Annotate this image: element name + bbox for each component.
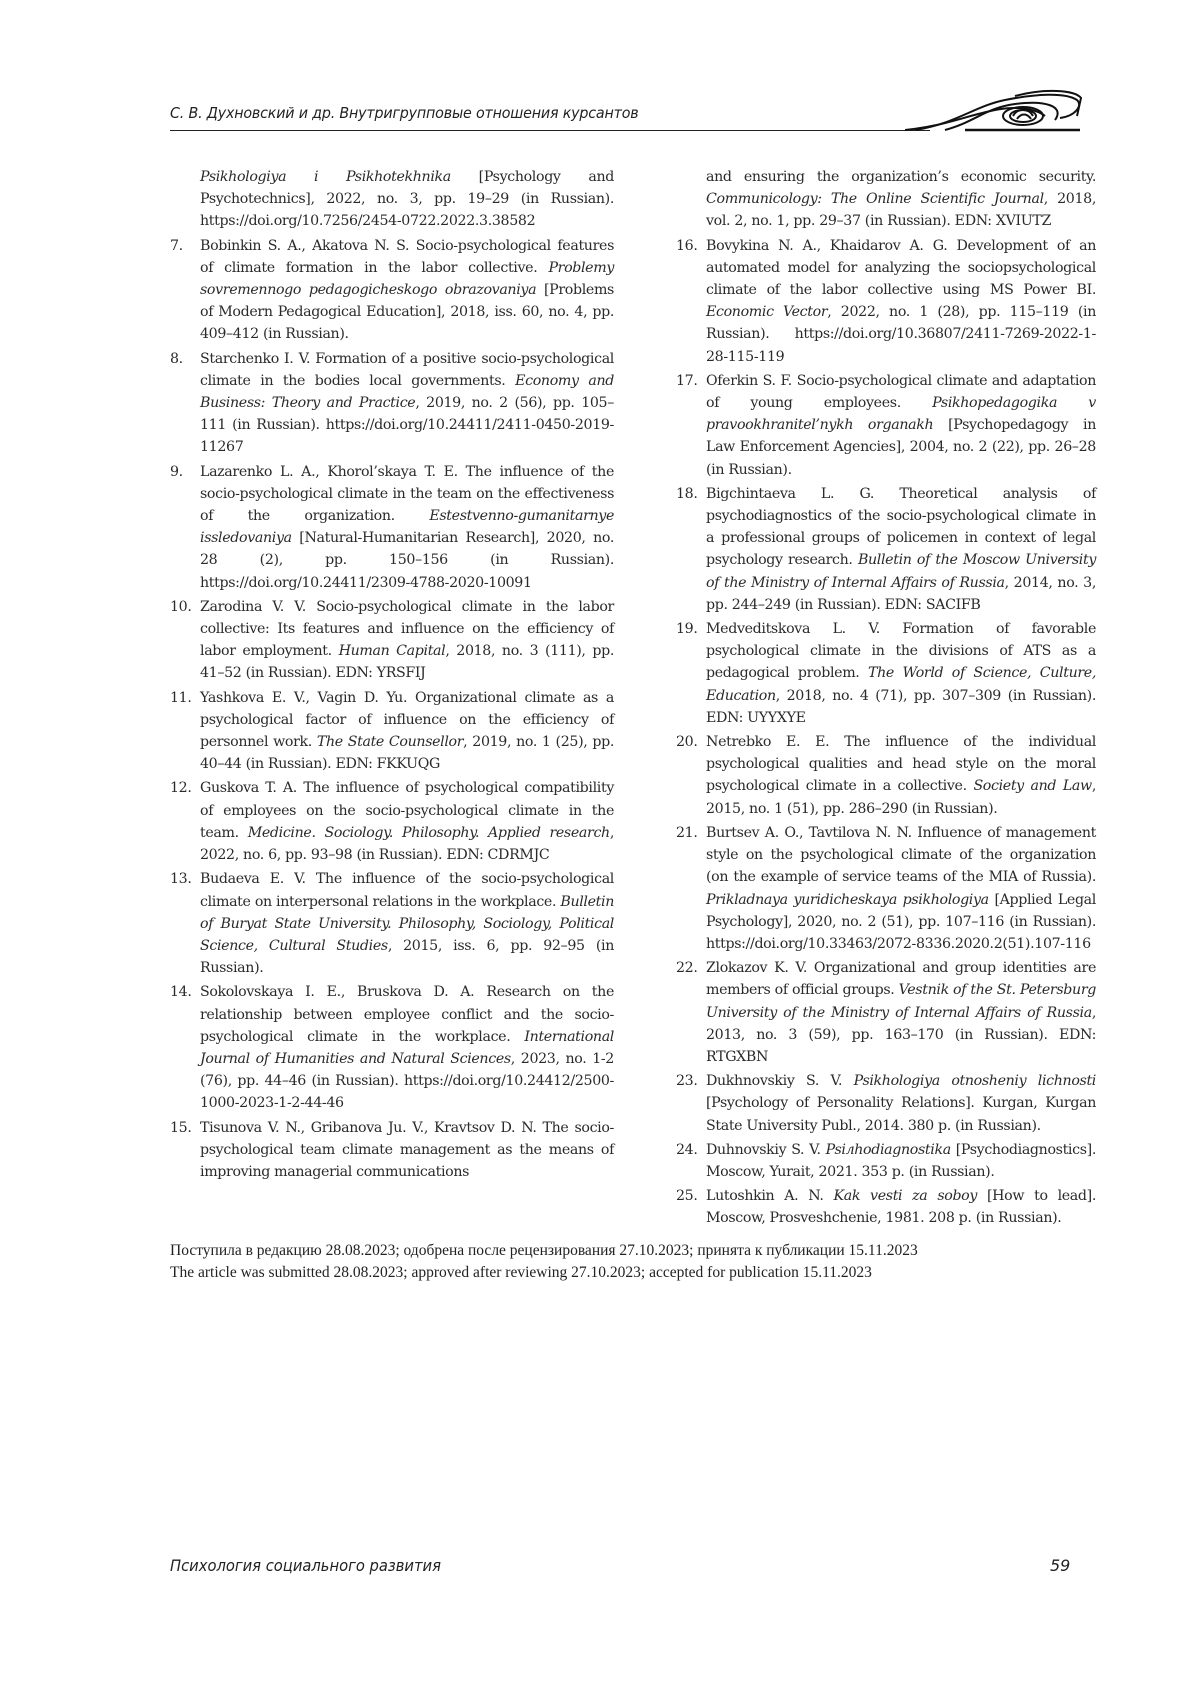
reference-number: 23.	[676, 1070, 698, 1092]
reference-text: Dukhnovskiy S. V.	[706, 1073, 854, 1089]
reference-number: 9.	[170, 461, 183, 483]
reference-text: Burtsev A. O., Tavtilova N. N. Influence…	[706, 825, 1096, 885]
reference-number: 15.	[170, 1117, 192, 1139]
reference-item: 16.Bovykina N. A., Khaidarov A. G. Devel…	[676, 235, 1096, 368]
reference-item: 21.Burtsev A. O., Tavtilova N. N. Influe…	[676, 822, 1096, 955]
reference-item: and ensuring the organization’s economic…	[676, 166, 1096, 233]
reference-item: 14.Sokolovskaya I. E., Bruskova D. A. Re…	[170, 981, 614, 1114]
reference-item: 20.Netrebko E. E. The influence of the i…	[676, 731, 1096, 820]
reference-source-title: Kak vesti za soboy	[834, 1188, 978, 1204]
reference-item: 12.Guskova T. A. The influence of psycho…	[170, 777, 614, 866]
reference-number: 25.	[676, 1185, 698, 1207]
reference-source-title: Communicology: The Online Scientific Jou…	[706, 191, 1044, 207]
submission-dates: Поступила в редакцию 28.08.2023; одобрен…	[170, 1240, 918, 1284]
reference-item: 8.Starchenko I. V. Formation of a positi…	[170, 348, 614, 459]
reference-source-title: The State Counsellor	[317, 734, 463, 750]
reference-item: Psikhologiya i Psikhotekhnika [Psycholog…	[170, 166, 614, 233]
reference-text: Duhnovskiy S. V.	[706, 1142, 826, 1158]
reference-source-title: Society and Law	[973, 778, 1091, 794]
reference-item: 18.Bigchintaeva L. G. Theoretical analys…	[676, 483, 1096, 616]
reference-source-title: Human Capital	[339, 643, 446, 659]
reference-number: 10.	[170, 596, 192, 618]
reference-number: 24.	[676, 1139, 698, 1161]
reference-number: 22.	[676, 957, 698, 979]
reference-number: 8.	[170, 348, 183, 370]
reference-item: 24.Duhnovskiy S. V. Psiлhodiagnostika [P…	[676, 1139, 1096, 1183]
reference-number: 12.	[170, 777, 192, 799]
reference-source-title: Psiлhodiagnostika	[826, 1142, 951, 1158]
reference-number: 7.	[170, 235, 183, 257]
reference-item: 11.Yashkova E. V., Vagin D. Yu. Organiza…	[170, 687, 614, 776]
footer-journal-title: Психология социального развития	[170, 1556, 441, 1575]
reference-text: Bovykina N. A., Khaidarov A. G. Developm…	[706, 238, 1096, 298]
ornament-icon	[905, 86, 1085, 136]
reference-item: 17.Oferkin S. F. Socio-psychological cli…	[676, 370, 1096, 481]
reference-item: 23.Dukhnovskiy S. V. Psikhologiya otnosh…	[676, 1070, 1096, 1137]
reference-source-title: Medicine. Sociology. Philosophy. Applied…	[248, 825, 610, 841]
reference-number: 21.	[676, 822, 698, 844]
references-left-column: Psikhologiya i Psikhotekhnika [Psycholog…	[170, 166, 614, 1185]
running-header: С. В. Духновский и др. Внутригрупповые о…	[170, 92, 1084, 132]
reference-item: 22.Zlokazov K. V. Organizational and gro…	[676, 957, 1096, 1068]
reference-item: 15.Tisunova V. N., Gribanova Ju. V., Kra…	[170, 1117, 614, 1184]
reference-source-title: Prikladnaya yuridicheskaya psikhologiya	[706, 892, 989, 908]
dates-russian: Поступила в редакцию 28.08.2023; одобрен…	[170, 1240, 918, 1262]
reference-item: 9.Lazarenko L. A., Khorol’skaya T. E. Th…	[170, 461, 614, 594]
reference-item: 19.Medveditskova L. V. Formation of favo…	[676, 618, 1096, 729]
reference-text: [Psychology of Personality Relations]. K…	[706, 1095, 1096, 1133]
reference-item: 25.Lutoshkin A. N. Kak vesti za soboy [H…	[676, 1185, 1096, 1229]
page-number: 59	[1050, 1556, 1070, 1575]
reference-number: 17.	[676, 370, 698, 392]
reference-source-title: Psikhologiya i Psikhotekhnika	[200, 169, 451, 185]
reference-number: 14.	[170, 981, 192, 1003]
reference-text: Lutoshkin A. N.	[706, 1188, 834, 1204]
reference-number: 13.	[170, 868, 192, 890]
reference-item: 13.Budaeva E. V. The influence of the so…	[170, 868, 614, 979]
reference-text: and ensuring the organization’s economic…	[706, 169, 1096, 185]
reference-number: 16.	[676, 235, 698, 257]
dates-english: The article was submitted 28.08.2023; ap…	[170, 1262, 918, 1284]
reference-item: 7.Bobinkin S. A., Akatova N. S. Socio-ps…	[170, 235, 614, 346]
reference-number: 19.	[676, 618, 698, 640]
reference-text: Budaeva E. V. The influence of the socio…	[200, 871, 614, 909]
header-rule	[170, 130, 930, 131]
reference-number: 20.	[676, 731, 698, 753]
reference-source-title: Economic Vector	[706, 304, 827, 320]
reference-number: 11.	[170, 687, 192, 709]
reference-number: 18.	[676, 483, 698, 505]
reference-text: Tisunova V. N., Gribanova Ju. V., Kravts…	[200, 1120, 614, 1180]
running-header-title: С. В. Духновский и др. Внутригрупповые о…	[170, 104, 639, 122]
references-right-column: and ensuring the organization’s economic…	[676, 166, 1096, 1232]
reference-source-title: Psikhologiya otnosheniy lichnosti	[854, 1073, 1096, 1089]
reference-item: 10.Zarodina V. V. Socio-psychological cl…	[170, 596, 614, 685]
